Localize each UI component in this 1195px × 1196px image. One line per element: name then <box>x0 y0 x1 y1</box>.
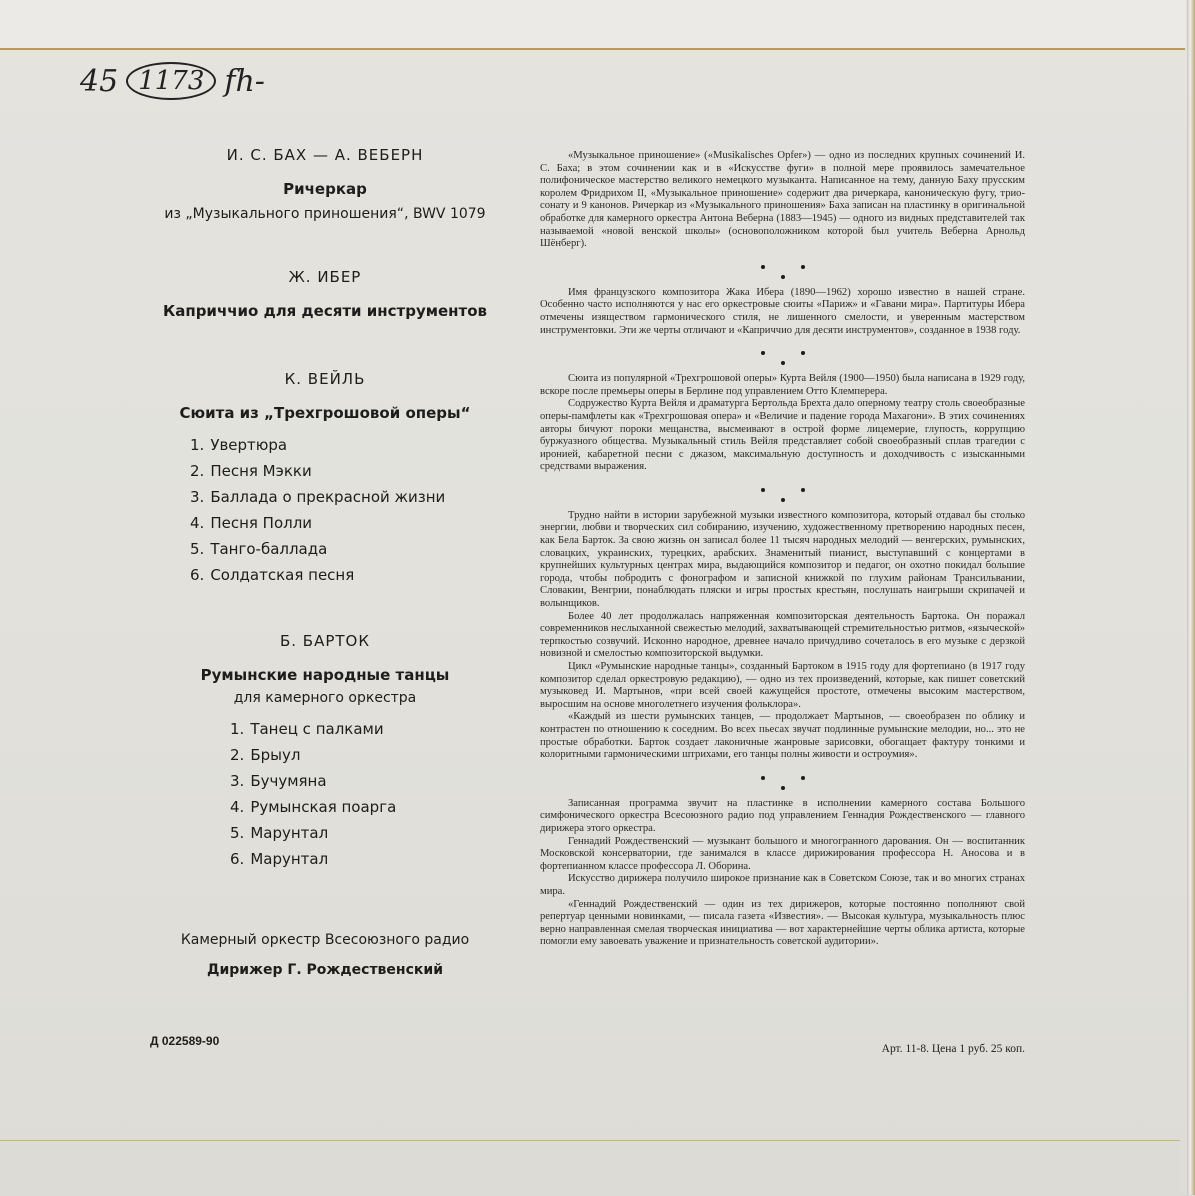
program-section-weill: К. ВЕЙЛЬ Сюита из „Трехгрошовой оперы“ 1… <box>140 370 510 632</box>
notes-paragraph: Более 40 лет продолжалась напряженная ко… <box>540 611 1025 661</box>
track-item: 3.Баллада о прекрасной жизни <box>190 488 510 514</box>
section-separator <box>743 337 823 373</box>
work-subtitle: для камерного оркестра <box>140 690 510 706</box>
composer-name: Ж. ИБЕР <box>140 268 510 290</box>
track-item: 6.Солдатская песня <box>190 566 510 592</box>
section-separator <box>743 474 823 510</box>
track-item: 4.Румынская поарга <box>230 798 510 824</box>
notes-section-weill: Сюита из популярной «Трехгрошовой оперы»… <box>540 373 1025 474</box>
orchestra-name: Камерный оркестр Всесоюзного радио <box>140 932 510 948</box>
track-item: 3.Бучумяна <box>230 772 510 798</box>
work-title: Каприччио для десяти инструментов <box>140 302 510 320</box>
notes-paragraph: Трудно найти в истории зарубежной музыки… <box>540 510 1025 611</box>
handwritten-note: 45 1173 fh- <box>80 62 265 100</box>
notes-section-ibert: Имя французского композитора Жака Ибера … <box>540 287 1025 337</box>
track-item: 2.Песня Мэкки <box>190 462 510 488</box>
notes-section-bartok: Трудно найти в истории зарубежной музыки… <box>540 510 1025 762</box>
notes-paragraph: «Музыкальное приношение» («Musikalisches… <box>540 150 1025 251</box>
notes-paragraph: Геннадий Рождественский — музыкант больш… <box>540 836 1025 874</box>
composer-name: К. ВЕЙЛЬ <box>140 370 510 392</box>
track-item: 5.Танго-баллада <box>190 540 510 566</box>
sleeve-edge <box>1187 0 1195 1195</box>
notes-paragraph: «Каждый из шести румынских танцев, — про… <box>540 711 1025 761</box>
track-list: 1.Увертюра 2.Песня Мэкки 3.Баллада о пре… <box>190 436 510 592</box>
program-section-ibert: Ж. ИБЕР Каприччио для десяти инструменто… <box>140 268 510 370</box>
track-list: 1.Танец с палками 2.Брыул 3.Бучумяна 4.Р… <box>230 720 510 876</box>
notes-paragraph: Записанная программа звучит на пластинке… <box>540 798 1025 836</box>
notes-paragraph: Имя французского композитора Жака Ибера … <box>540 287 1025 337</box>
composer-name: И. С. БАХ — А. ВЕБЕРН <box>140 140 510 168</box>
section-separator <box>743 251 823 287</box>
program-list: И. С. БАХ — А. ВЕБЕРН Ричеркар из „Музык… <box>140 140 510 978</box>
notes-paragraph: Цикл «Румынские народные танцы», созданн… <box>540 661 1025 711</box>
notes-paragraph: Искусство дирижера получило широкое приз… <box>540 873 1025 898</box>
work-subtitle: из „Музыкального приношения“, BWV 1079 <box>140 206 510 222</box>
program-section-bartok: Б. БАРТОК Румынские народные танцы для к… <box>140 632 510 932</box>
section-separator <box>743 762 823 798</box>
conductor-name: Дирижер Г. Рождественский <box>140 962 510 978</box>
work-title: Румынские народные танцы <box>140 666 510 684</box>
track-item: 1.Танец с палками <box>230 720 510 746</box>
work-title: Сюита из „Трехгрошовой оперы“ <box>140 404 510 422</box>
top-flap <box>0 0 1185 50</box>
track-item: 2.Брыул <box>230 746 510 772</box>
notes-paragraph: «Геннадий Рождественский — один из тех д… <box>540 899 1025 949</box>
program-section-bach: И. С. БАХ — А. ВЕБЕРН Ричеркар из „Музык… <box>140 140 510 268</box>
record-sleeve-back: 45 1173 fh- И. С. БАХ — А. ВЕБЕРН Ричерк… <box>0 0 1195 1195</box>
track-item: 6.Марунтал <box>230 850 510 876</box>
notes-paragraph: Сюита из популярной «Трехгрошовой оперы»… <box>540 373 1025 398</box>
bottom-flap <box>0 1140 1180 1195</box>
notes-paragraph: Содружество Курта Вейля и драматурга Бер… <box>540 398 1025 474</box>
composer-name: Б. БАРТОК <box>140 632 510 654</box>
track-item: 1.Увертюра <box>190 436 510 462</box>
notes-section-bach: «Музыкальное приношение» («Musikalisches… <box>540 150 1025 251</box>
handwritten-circled-number: 1173 <box>126 62 216 100</box>
liner-notes: «Музыкальное приношение» («Musikalisches… <box>540 150 1025 949</box>
work-title: Ричеркар <box>140 180 510 198</box>
price-line: Арт. 11-8. Цена 1 руб. 25 коп. <box>800 1043 1025 1055</box>
performers: Камерный оркестр Всесоюзного радио Дириж… <box>140 932 510 978</box>
handwritten-initials: fh- <box>224 64 265 99</box>
track-item: 5.Марунтал <box>230 824 510 850</box>
track-item: 4.Песня Полли <box>190 514 510 540</box>
catalog-number: Д 022589-90 <box>150 1034 219 1048</box>
notes-section-performers: Записанная программа звучит на пластинке… <box>540 798 1025 949</box>
handwritten-number: 45 <box>80 64 118 99</box>
